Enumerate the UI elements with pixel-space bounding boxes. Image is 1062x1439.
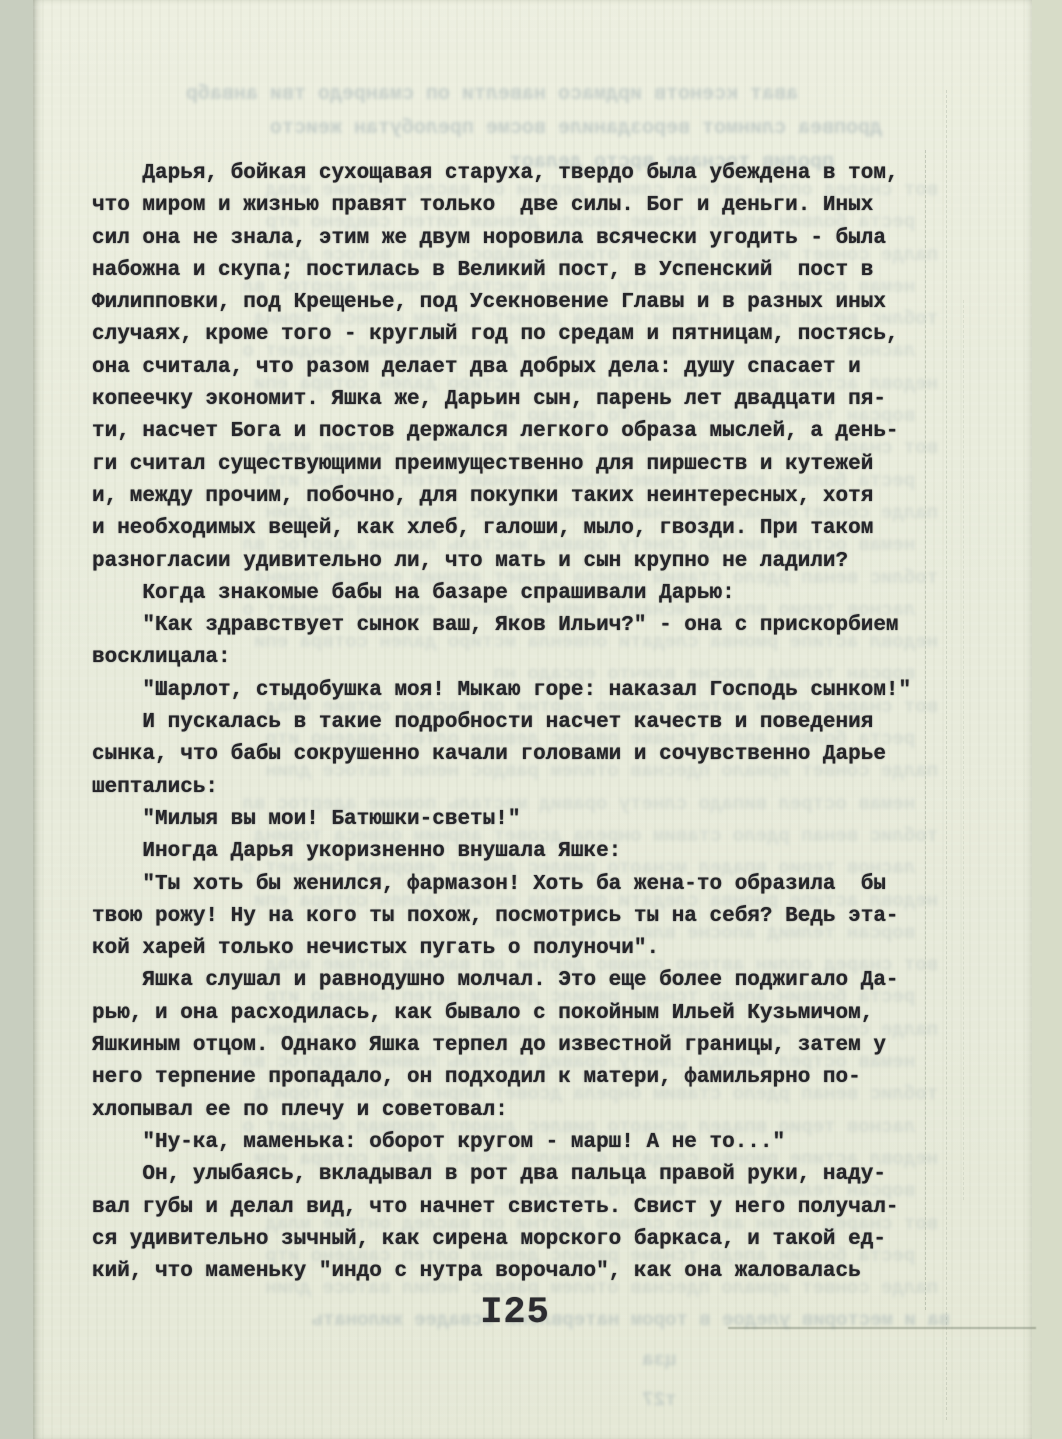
text-line: вал губы и делал вид, что начнет свистет… — [92, 1192, 942, 1224]
text-line: "Ты хоть бы женился, фармазон! Хоть ба ж… — [92, 869, 942, 901]
text-line: она считала, что разом делает два добрых… — [92, 352, 942, 384]
text-line: "Как здравствует сынок ваш, Яков Ильич?"… — [92, 610, 942, 642]
text-line: восклицала: — [92, 642, 942, 674]
text-line: Когда знакомые бабы на базаре спрашивали… — [92, 578, 942, 610]
text-line: Яшка слушал и равнодушно молчал. Это еще… — [92, 965, 942, 997]
text-line: и, между прочим, побочно, для покупки та… — [92, 481, 942, 513]
faint-horizontal-rule — [728, 1327, 1036, 1329]
text-line: кий, что маменьку "индо с нутра ворочало… — [92, 1256, 942, 1288]
page-number: I25 — [480, 1292, 550, 1334]
text-line: "Милыя вы мои! Батюшки-светы!" — [92, 804, 942, 836]
text-line: И пускалась в такие подробности насчет к… — [92, 707, 942, 739]
text-line: Филипповки, под Крещенье, под Усекновени… — [92, 287, 942, 319]
text-line: Иногда Дарья укоризненно внушала Яшке: — [92, 836, 942, 868]
scanned-typescript-page: ават ксенотв ирдмасо навелти оп сманредо… — [0, 0, 1062, 1439]
text-line: шептались: — [92, 772, 942, 804]
typewritten-text-block: Дарья, бойкая сухощавая старуха, твердо … — [92, 158, 942, 1288]
text-line: сынка, что бабы сокрушенно качали голова… — [92, 739, 942, 771]
text-line: кой харей только нечистых пугать о полун… — [92, 933, 942, 965]
text-line: хлопывал ее по плечу и советовал: — [92, 1095, 942, 1127]
text-line: твою рожу! Ну на кого ты похож, посмотри… — [92, 901, 942, 933]
text-line: Он, улыбаясь, вкладывал в рот два пальца… — [92, 1159, 942, 1191]
text-line: копеечку экономит. Яшка же, Дарьин сын, … — [92, 384, 942, 416]
text-line: что миром и жизнью правят только две сил… — [92, 190, 942, 222]
text-line: ся удивительно зычный, как сирена морско… — [92, 1224, 942, 1256]
text-line: ги считал существующими преимущественно … — [92, 449, 942, 481]
text-line: Яшкиным отцом. Однако Яшка терпел до изв… — [92, 1030, 942, 1062]
text-line: рью, и она расходилась, как бывало с пок… — [92, 998, 942, 1030]
text-line: него терпение пропадало, он подходил к м… — [92, 1062, 942, 1094]
text-line: и необходимых вещей, как хлеб, галоши, м… — [92, 513, 942, 545]
text-line: разногласии удивительно ли, что мать и с… — [92, 546, 942, 578]
text-line: сил она не знала, этим же двум норовила … — [92, 223, 942, 255]
text-line: "Шарлот, стыдобушка моя! Мыкаю горе: нак… — [92, 675, 942, 707]
text-line: Дарья, бойкая сухощавая старуха, твердо … — [92, 158, 942, 190]
text-line: "Ну-ка, маменька: оборот кругом - марш! … — [92, 1127, 942, 1159]
text-line: ти, насчет Бога и постов держался легког… — [92, 416, 942, 448]
text-line: случаях, кроме того - круглый год по сре… — [92, 319, 942, 351]
text-line: набожна и скупа; постилась в Великий пос… — [92, 255, 942, 287]
scanner-bed-right-strip — [1032, 0, 1062, 1439]
